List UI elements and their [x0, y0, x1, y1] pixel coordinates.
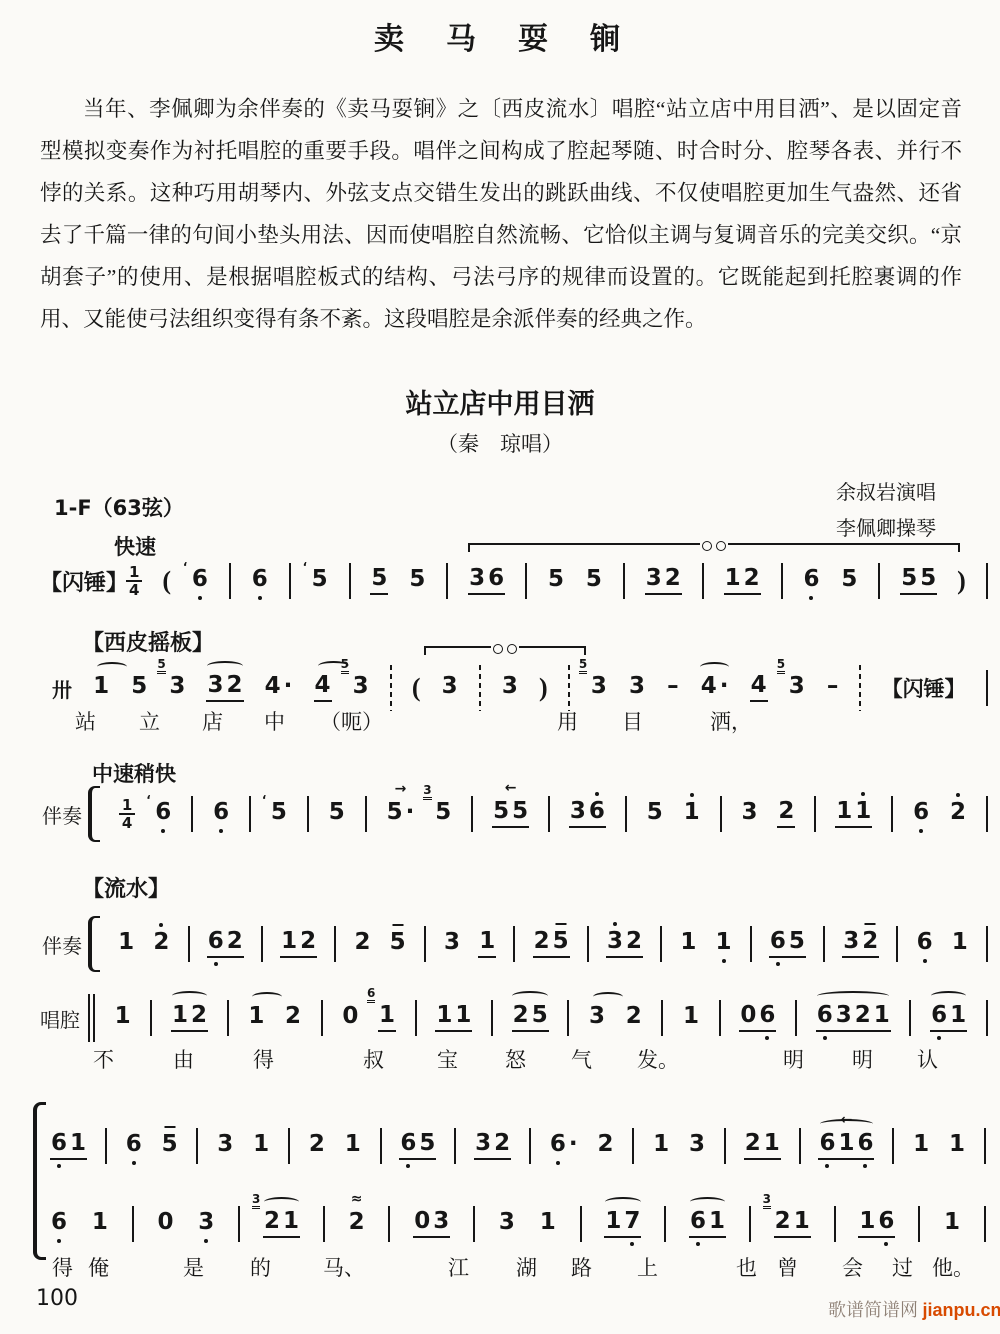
- bow-tick-icon: ‘: [183, 561, 188, 573]
- note-digits: 3: [628, 675, 646, 701]
- jianpu-note: 2: [777, 800, 795, 828]
- note-digits: 12: [724, 567, 761, 595]
- jianpu-note: 1: [652, 1133, 670, 1159]
- low-octave-dot: [556, 1161, 560, 1165]
- note-digit: 2: [494, 1132, 510, 1155]
- barline: [986, 563, 988, 599]
- lyric-char: 江: [448, 1252, 469, 1282]
- bar: [88, 994, 90, 1042]
- note-digit: 1: [716, 931, 732, 954]
- note-digit: 1: [115, 1005, 131, 1028]
- note-digit: 1: [944, 1211, 960, 1234]
- note-digit: 1: [859, 1210, 875, 1233]
- note-digits: 5: [389, 931, 407, 957]
- note-digit: 3: [689, 1133, 705, 1156]
- high-octave-dot: [159, 923, 163, 927]
- lyric-char: 他。: [932, 1252, 974, 1282]
- slur-arc: [817, 991, 889, 1001]
- barline: [548, 796, 550, 832]
- jianpu-note: 213: [263, 1210, 300, 1238]
- note-digits: 36: [468, 567, 505, 595]
- note-digits: 2: [949, 801, 967, 827]
- note-digits: 4·: [264, 675, 294, 701]
- note-digit: 3: [469, 567, 485, 590]
- note-digits: 6: [50, 1211, 68, 1237]
- note-digit: 3: [217, 1133, 233, 1156]
- jianpu-note: 1: [344, 1133, 362, 1159]
- note-digits: 55: [492, 800, 529, 828]
- jianpu-note: 5: [370, 567, 388, 595]
- note-digit: 1: [118, 931, 134, 954]
- lyric-char: 明: [783, 1044, 804, 1074]
- banzou-line-1: 146‘65‘55·→5355←3651321162: [88, 788, 988, 840]
- note-digit: 6: [857, 1132, 873, 1155]
- note-digit: 6: [759, 1004, 775, 1027]
- lyric-char: 会: [842, 1252, 863, 1282]
- note-digit: 2: [153, 931, 169, 954]
- jianpu-note: 32: [474, 1132, 511, 1160]
- jianpu-note: 32: [645, 567, 682, 595]
- note-digit: 1: [680, 931, 696, 954]
- dl: [519, 646, 584, 648]
- note-digit: 3: [442, 675, 458, 698]
- tempo-text: 中速稍快: [92, 758, 176, 788]
- note-digit: 6: [550, 1133, 566, 1156]
- barline: [986, 670, 988, 706]
- note-digit: ·: [720, 675, 729, 698]
- note-digit: 4: [751, 674, 767, 697]
- lyric-char: 的: [250, 1252, 271, 1282]
- barline: [623, 563, 625, 599]
- note-digit: 5: [901, 567, 917, 590]
- note-digit: 1: [709, 1210, 725, 1233]
- note-digit: 6: [917, 931, 933, 954]
- barline: [132, 1206, 134, 1242]
- double-barline: [88, 994, 95, 1042]
- liushui-changqiang: 11212016112532106632161: [88, 992, 988, 1044]
- note-digits: 65: [399, 1132, 436, 1160]
- note-digits: 61: [930, 1004, 967, 1032]
- parenthesis: ): [957, 566, 966, 596]
- barline: [587, 926, 589, 962]
- glide-arrow-icon: ←: [505, 781, 517, 795]
- intro-paragraph: 当年、李佩卿为余伴奏的《卖马耍锏》之〔西皮流水〕唱腔“站立店中用目洒”、是以固定…: [40, 88, 962, 340]
- grace-note: 3: [423, 784, 431, 800]
- note-digit: 2: [534, 930, 550, 953]
- lyric-char: 湖: [516, 1252, 537, 1282]
- time-sig-numerator: 1: [129, 564, 139, 581]
- note-digits: 32: [206, 674, 243, 702]
- barline: [814, 796, 816, 832]
- barline: [823, 926, 825, 962]
- jianpu-note: 61: [689, 1210, 726, 1238]
- lyric-char: 立: [139, 706, 160, 736]
- jianpu-note: 6: [802, 568, 820, 594]
- note-digit: 6: [400, 1132, 416, 1155]
- lyric-char: 怒: [505, 1044, 526, 1074]
- partlabel-text: 伴奏: [42, 930, 82, 959]
- watermark: 歌谱简谱网 jianpu.cn: [828, 1296, 1000, 1322]
- barline: [288, 1128, 290, 1164]
- note-digit: 2: [354, 931, 370, 954]
- slur-arc: [605, 1197, 641, 1207]
- note-digits: 1: [715, 931, 733, 957]
- jianpu-note: 3: [443, 931, 461, 957]
- barline: [891, 796, 893, 832]
- jianpu-note: 5: [646, 801, 664, 827]
- jianpu-note: 5: [547, 568, 565, 594]
- note-digit: 1: [836, 800, 852, 823]
- lyric-char: 洒，: [710, 706, 752, 736]
- note-digits: 1: [91, 1211, 109, 1237]
- note-digits: 1: [683, 801, 701, 827]
- high-octave-dot: [595, 792, 599, 796]
- barline: [307, 796, 309, 832]
- note-digits: 21: [774, 1210, 811, 1238]
- singer-note: （秦 琼唱）: [0, 428, 1000, 458]
- low-octave-dot: [214, 962, 218, 966]
- barline: [719, 1000, 721, 1036]
- note-digit: 1: [172, 1004, 188, 1027]
- jianpu-note: 6·: [549, 1133, 579, 1159]
- jianpu-note: 2: [625, 1005, 643, 1031]
- note-digits: 1: [247, 1005, 265, 1031]
- note-digit: 2: [191, 1004, 207, 1027]
- note-digit: 3: [646, 567, 662, 590]
- low-octave-dot: [258, 596, 262, 600]
- note-digits: 32: [645, 567, 682, 595]
- lyric-char: 气: [571, 1044, 592, 1074]
- note-digits: 6: [154, 801, 172, 827]
- jianpu-note: 4: [750, 674, 768, 702]
- grace-note: 5: [341, 658, 349, 674]
- note-digits: 3: [590, 675, 608, 701]
- note-digits: 1: [117, 931, 135, 957]
- note-digit: 1: [281, 930, 297, 953]
- barline: [105, 1128, 107, 1164]
- note-digit: 3: [742, 801, 758, 824]
- note-digit: 1: [684, 801, 700, 824]
- note-digit: 5: [493, 800, 509, 823]
- note-digits: 61: [50, 1132, 87, 1160]
- note-digit: 5: [371, 567, 387, 590]
- jianpu-note: 2: [284, 1005, 302, 1031]
- note-digit: 6: [690, 1210, 706, 1233]
- barline: [513, 926, 515, 962]
- bow-tick-icon: ‘: [262, 794, 267, 806]
- note-digits: 1: [114, 1005, 132, 1031]
- note-digits: 5: [434, 801, 452, 827]
- jianpu-note: –: [826, 675, 840, 701]
- stroke-mark: [865, 923, 876, 925]
- low-octave-dot: [776, 962, 780, 966]
- note-digits: 5: [311, 568, 329, 594]
- jianpu-note: 3: [216, 1133, 234, 1159]
- jianpu-note: 5‘: [311, 568, 329, 594]
- lyric-char: （呃）: [320, 706, 383, 736]
- note-digits: 6·: [549, 1133, 579, 1159]
- jianpu-note: 17: [604, 1210, 641, 1238]
- note-digits: 0: [156, 1211, 174, 1237]
- note-digit: 3: [198, 1211, 214, 1234]
- dashed-barline: [859, 665, 861, 711]
- barline: [567, 1000, 569, 1036]
- note-digit: –: [667, 675, 679, 698]
- jianpu-note: 4·: [700, 675, 730, 701]
- jianpu-note: 1: [682, 1005, 700, 1031]
- barline: [491, 1000, 493, 1036]
- barline: [424, 926, 426, 962]
- phrase-bracket: [468, 543, 960, 553]
- note-digits: 6: [916, 931, 934, 957]
- note-digit: 6: [51, 1211, 67, 1234]
- jianpu-note: 5: [130, 675, 148, 701]
- jianpu-note: 3: [441, 675, 459, 701]
- note-digit: 1: [855, 800, 871, 823]
- jianpu-note: 5: [408, 568, 426, 594]
- bottom-line-2: 61032132≈03311761213161: [50, 1198, 986, 1250]
- note-digit: 3: [789, 675, 805, 698]
- jianpu-note: 6: [50, 1211, 68, 1237]
- jianpu-note: 35: [590, 675, 608, 701]
- high-octave-dot: [956, 793, 960, 797]
- jianpu-note: 1: [539, 1211, 557, 1237]
- slur-arc: [512, 991, 548, 1001]
- note-digit: 2: [227, 674, 243, 697]
- note-digit: 4: [265, 675, 281, 698]
- note-digit: 6: [817, 1004, 833, 1027]
- note-digit: 5: [419, 1132, 435, 1155]
- note-digit: 6: [819, 1132, 835, 1155]
- seclabel-text: 【西皮摇板】: [82, 626, 214, 657]
- note-digit: ·: [284, 675, 293, 698]
- jianpu-note: 25: [533, 930, 570, 958]
- seclabel-text: 【流水】: [82, 872, 170, 903]
- jianpu-note: 6: [212, 801, 230, 827]
- lyric-char: 马、: [323, 1252, 365, 1282]
- note-digits: 4: [750, 674, 768, 702]
- stroke-mark: [392, 924, 403, 926]
- jianpu-note: 213: [774, 1210, 811, 1238]
- note-digit: 2: [285, 1005, 301, 1028]
- barline: [289, 563, 291, 599]
- time-signature: 14: [119, 797, 135, 832]
- jianpu-note: 3: [498, 1211, 516, 1237]
- barline: [892, 1128, 894, 1164]
- lyric-char: 是: [183, 1252, 204, 1282]
- note-digit: 2: [597, 1133, 613, 1156]
- jianpu-note: 03: [413, 1210, 450, 1238]
- note-digits: 5: [585, 568, 603, 594]
- note-digit: 3: [444, 931, 460, 954]
- barline: [454, 1128, 456, 1164]
- note-digits: 5: [270, 801, 288, 827]
- note-digit: 2: [775, 1210, 791, 1233]
- note-digit: 1: [93, 675, 109, 698]
- note-digit: 3: [353, 675, 369, 698]
- note-digits: –: [666, 675, 680, 701]
- jianpu-note: 1: [247, 1005, 265, 1031]
- note-digit: 5: [271, 801, 287, 824]
- barline: [388, 1206, 390, 1242]
- note-digits: 17: [604, 1210, 641, 1238]
- note-digit: 2: [300, 930, 316, 953]
- barline: [750, 926, 752, 962]
- jianpu-note: 1: [478, 930, 496, 958]
- barline: [702, 563, 704, 599]
- note-digit: 3: [607, 930, 623, 953]
- note-digits: 3: [588, 1005, 606, 1031]
- barline: [918, 1206, 920, 1242]
- jianpu-note: 2: [596, 1133, 614, 1159]
- note-digit: 1: [950, 1004, 966, 1027]
- jianpu-note: 62: [207, 930, 244, 958]
- note-digit: 5: [390, 931, 406, 954]
- note-digit: 2: [227, 930, 243, 953]
- barline: [529, 1128, 531, 1164]
- note-digit: 5: [312, 568, 328, 591]
- jianpu-note: 16: [378, 1004, 396, 1032]
- jianpu-note: 6: [916, 931, 934, 957]
- two-line-system-bracket: [33, 1102, 46, 1260]
- barline: [632, 1128, 634, 1164]
- note-digits: 1: [943, 1211, 961, 1237]
- note-digit: 1: [70, 1132, 86, 1155]
- note-digits: 1: [679, 931, 697, 957]
- note-digits: 32: [842, 930, 879, 958]
- jianpu-note: 1: [92, 675, 110, 701]
- jianpu-note: 32: [606, 930, 643, 958]
- note-digit: 6: [878, 1210, 894, 1233]
- liushui-banzou: 1262122531253211653261: [88, 918, 988, 970]
- low-octave-dot: [696, 1242, 700, 1246]
- note-digit: 1: [949, 1133, 965, 1156]
- jianpu-note: 5: [840, 568, 858, 594]
- note-digits: 1: [951, 931, 969, 957]
- note-digits: 12: [171, 1004, 208, 1032]
- barline: [473, 1206, 475, 1242]
- low-octave-dot: [132, 1161, 136, 1165]
- dashed-barline: [390, 665, 392, 711]
- jianpu-note: 6: [125, 1133, 143, 1159]
- tempo-text: 快速: [114, 531, 156, 561]
- time-sig-numerator: 1: [122, 797, 132, 814]
- note-digit: 6: [913, 801, 929, 824]
- low-octave-dot: [765, 1036, 769, 1040]
- jianpu-note: 616←: [818, 1132, 874, 1160]
- jianpu-note: 16: [858, 1210, 895, 1238]
- slur-arc: [97, 662, 128, 672]
- low-octave-dot: [937, 1036, 941, 1040]
- note-digit: 3: [629, 675, 645, 698]
- jianpu-note: 4: [314, 674, 332, 702]
- slur-arc: [207, 661, 243, 671]
- barline: [365, 796, 367, 832]
- lyric-char: 叔: [363, 1044, 384, 1074]
- note-digits: 12: [280, 930, 317, 958]
- note-digits: 4: [314, 674, 332, 702]
- jianpu-note: 5·→: [386, 801, 416, 827]
- note-digits: 2: [284, 1005, 302, 1031]
- note-digit: 5: [387, 801, 403, 824]
- barline: [984, 1128, 986, 1164]
- jianpu-note: 12: [171, 1004, 208, 1032]
- note-digit: 5: [548, 568, 564, 591]
- note-digits: 6: [912, 801, 930, 827]
- lyric-char: 过: [892, 1252, 913, 1282]
- barline: [795, 1000, 797, 1036]
- jianpu-note: 65: [769, 930, 806, 958]
- note-digit: 5: [409, 568, 425, 591]
- note-digit: 7: [624, 1210, 640, 1233]
- barline: [349, 563, 351, 599]
- low-octave-dot: [406, 1164, 410, 1168]
- barline: [834, 1206, 836, 1242]
- jianpu-note: 1: [912, 1133, 930, 1159]
- note-digit: 5: [920, 567, 936, 590]
- note-digits: 3: [498, 1211, 516, 1237]
- jianpu-note: 36: [468, 567, 505, 595]
- note-digits: 25: [533, 930, 570, 958]
- jianpu-note: 1: [252, 1133, 270, 1159]
- jianpu-note: 5‘: [270, 801, 288, 827]
- time-sig-denominator: 4: [119, 813, 135, 832]
- time-sig-denominator: 4: [126, 580, 142, 599]
- note-digit: 6: [51, 1132, 67, 1155]
- note-digit: 0: [342, 1005, 358, 1028]
- note-digit: 1: [653, 1133, 669, 1156]
- score-page: 卖 马 耍 锏 当年、李佩卿为余伴奏的《卖马耍锏》之〔西皮流水〕唱腔“站立店中用…: [0, 0, 1000, 1334]
- note-digit: 6: [589, 800, 605, 823]
- jianpu-note: 11: [435, 1004, 472, 1032]
- low-octave-dot: [219, 829, 223, 833]
- barline: [227, 1000, 229, 1036]
- note-digit: 5: [586, 568, 602, 591]
- circle-mark-icon: [702, 541, 712, 551]
- note-digits: 3: [443, 931, 461, 957]
- note-digit: 2: [950, 801, 966, 824]
- grace-note: 3: [763, 1193, 771, 1209]
- slur-arc: [172, 991, 208, 1001]
- jianpu-note: 1: [683, 801, 701, 827]
- jianpu-note: 1: [114, 1005, 132, 1031]
- note-digit: 5: [532, 1004, 548, 1027]
- lyric-char: 明: [852, 1044, 873, 1074]
- barline: [261, 926, 263, 962]
- barline: [661, 1000, 663, 1036]
- lyric-char: 站: [75, 706, 96, 736]
- note-digit: 5: [789, 930, 805, 953]
- note-digit: 1: [764, 1132, 780, 1155]
- note-digit: 1: [605, 1210, 621, 1233]
- slur-arc: [252, 992, 283, 1002]
- low-octave-dot: [57, 1164, 61, 1168]
- lyric-char: 上: [637, 1252, 658, 1282]
- time-signature: 14: [126, 564, 142, 599]
- low-octave-dot: [825, 1164, 829, 1168]
- grace-note: 5: [777, 658, 785, 674]
- note-digit: 6: [488, 567, 504, 590]
- lyric-char: 俺: [88, 1252, 109, 1282]
- trill-icon: ≈: [351, 1192, 363, 1206]
- note-digits: 616: [818, 1132, 874, 1160]
- glide-arrow-icon: ←: [841, 1113, 853, 1127]
- lyric-char: 目: [622, 706, 643, 736]
- note-digits: 1: [92, 675, 110, 701]
- note-digits: 62: [207, 930, 244, 958]
- note-digits: 3: [741, 801, 759, 827]
- note-digit: 3: [836, 1004, 852, 1027]
